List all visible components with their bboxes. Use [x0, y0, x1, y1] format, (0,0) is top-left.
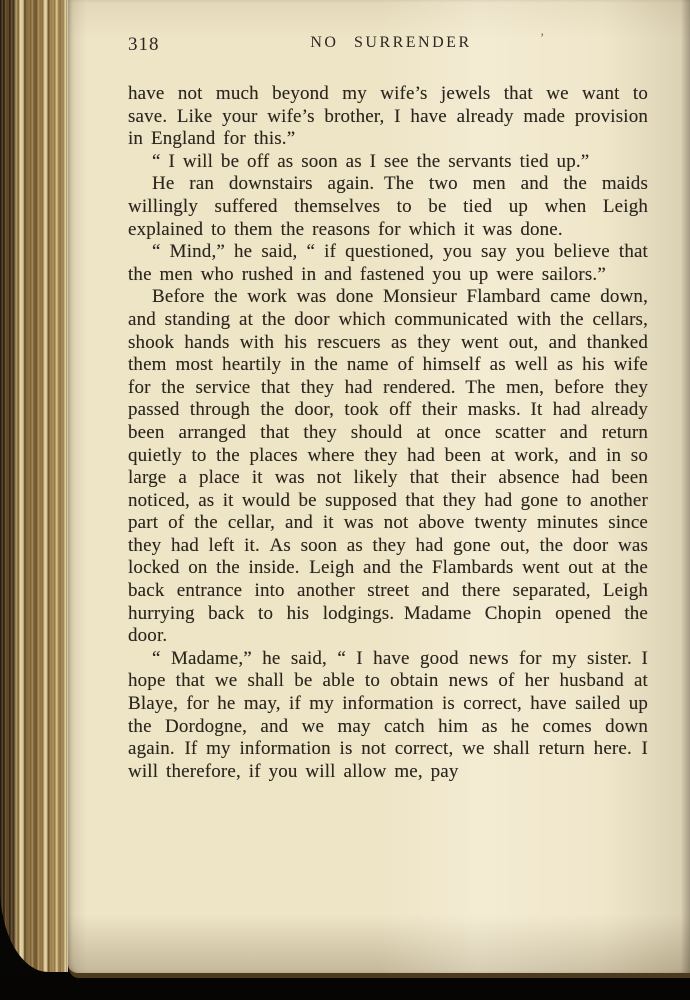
paragraph-5: Before the work was done Monsieur Flamba…: [128, 286, 648, 648]
paragraph-1: have not much beyond my wife’s jewels th…: [128, 83, 648, 151]
page-number: 318: [128, 34, 160, 56]
paragraph-4: “ Mind,” he said, “ if questioned, you s…: [128, 241, 648, 286]
page-surface: 318 NO SURRENDER have not much beyond my…: [68, 34, 690, 783]
book-page: 318 NO SURRENDER have not much beyond my…: [68, 0, 690, 978]
book-page-edges: [0, 0, 68, 972]
paragraph-6: “ Madame,” he said, “ I have good news f…: [128, 648, 648, 784]
scan-speck: ’: [540, 30, 544, 46]
paragraph-2: “ I will be off as soon as I see the ser…: [128, 151, 648, 174]
scanned-book-photo: 318 NO SURRENDER have not much beyond my…: [0, 0, 690, 1000]
paragraph-3: He ran downstairs again. The two men and…: [128, 173, 648, 241]
running-header: 318 NO SURRENDER: [128, 34, 648, 56]
page-text: have not much beyond my wife’s jewels th…: [128, 83, 648, 783]
running-title: NO SURRENDER: [128, 34, 648, 52]
